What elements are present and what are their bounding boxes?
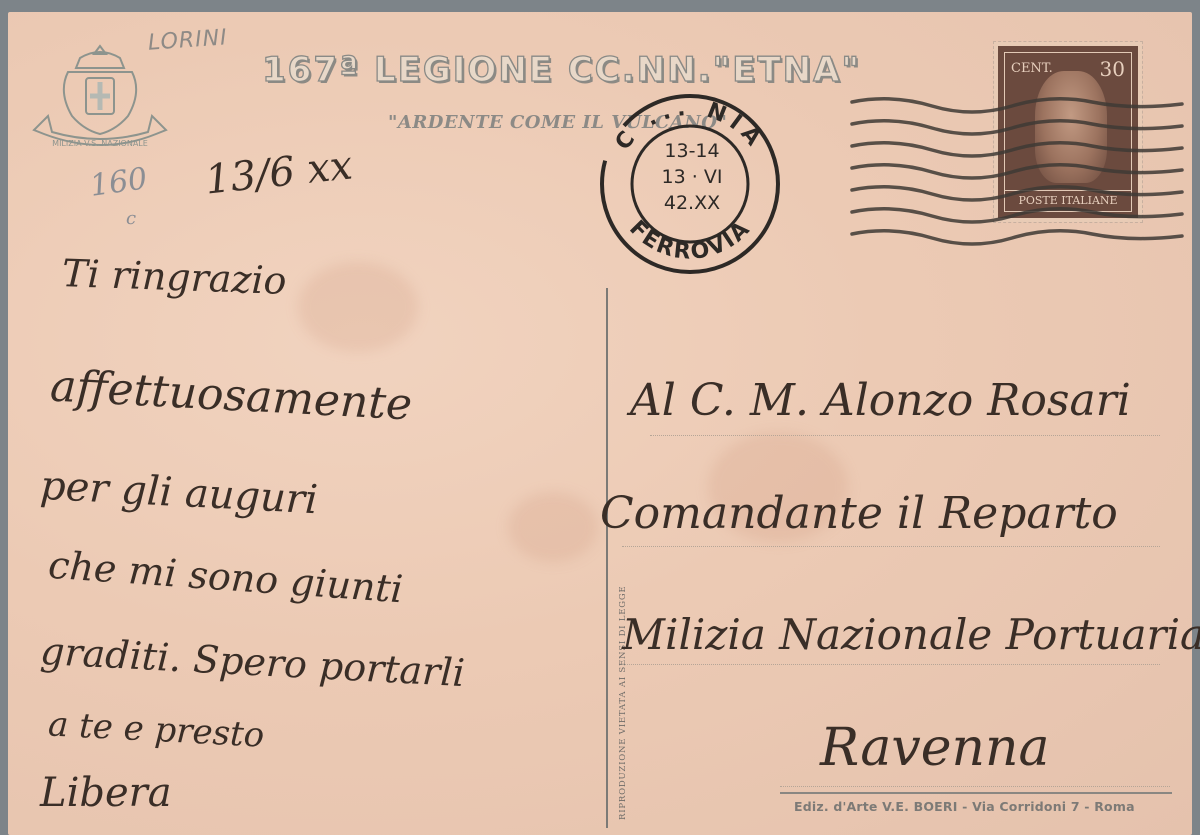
address-rule [622, 664, 1160, 665]
address-rule [780, 786, 1170, 787]
stamp-unit: CENT. [1011, 61, 1053, 76]
crest-icon: MILIZIA V.S. NAZIONALE [30, 38, 170, 158]
pencil-note-letter: c [126, 208, 136, 229]
svg-text:MILIZIA V.S. NAZIONALE: MILIZIA V.S. NAZIONALE [52, 139, 148, 148]
address-city: Ravenna [820, 718, 1049, 778]
legion-title: 167ª LEGIONE CC.NN."ETNA" [262, 50, 861, 90]
address-rule [650, 435, 1160, 436]
address-line: Al C. M. Alonzo Rosari [630, 375, 1131, 426]
wavy-cancellation-icon [848, 92, 1193, 252]
stamp-value: 30 [1100, 57, 1125, 81]
postmark-year: 42.XX [642, 192, 742, 214]
message-line: Ti ringrazio [61, 251, 287, 303]
center-divider [606, 288, 608, 828]
publisher-imprint: Ediz. d'Arte V.E. BOERI - Via Corridoni … [794, 799, 1135, 814]
postmark-date: 13 · VI [642, 166, 742, 188]
message-signature: Libera [40, 770, 172, 816]
address-rule-solid [780, 792, 1172, 794]
address-line: Milizia Nazionale Portuaria [622, 610, 1200, 659]
address-rule [622, 546, 1160, 547]
address-line: Comandante il Reparto [600, 488, 1118, 539]
postmark-time: 13-14 [642, 140, 742, 162]
